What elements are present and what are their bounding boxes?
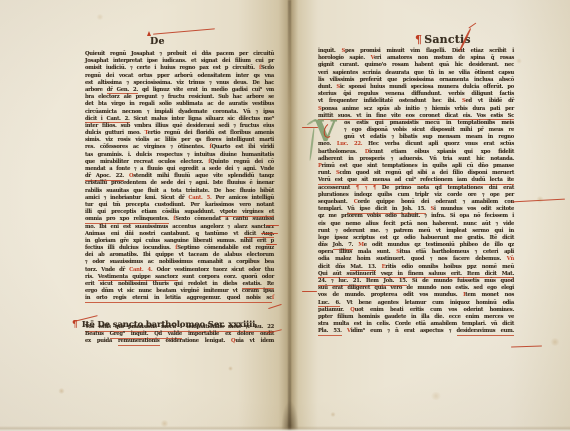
text-line: dicit i Cant. 2. Sicut malus inter ligna… bbox=[85, 116, 274, 123]
right-text-column: inquit. Spes promisi minuit vim flagelli… bbox=[318, 48, 514, 336]
text-line: Luc. 6. Vt bene agentes letamur cum iniq… bbox=[318, 300, 514, 307]
text-line: circūamicta necnon ⁊ impiali dyademate c… bbox=[85, 109, 274, 116]
text-line: bartholomeus. Dicunt etiam oibus xpianis… bbox=[318, 149, 514, 156]
text-line: gignit curant. quimo'o rosam habent quā … bbox=[318, 62, 514, 69]
book-photo: De ¶Sanctis Quieuit regnū Josaphat ⁊ pre… bbox=[0, 0, 570, 431]
text-line: vos de mundo. propterea odit vos mundus.… bbox=[318, 292, 514, 299]
text-line: adherent in prosperis ⁊ aduersis. Vn̄ tr… bbox=[318, 156, 514, 163]
text-line: veri sapientes scrinia deaurata que tn̄ … bbox=[318, 70, 514, 77]
initial-paragraph: V os estis qui pmansistis mecū in tempta… bbox=[318, 120, 514, 142]
pilcrow-icon: ¶ bbox=[415, 33, 422, 46]
gutter-crease bbox=[288, 0, 291, 431]
text-line: vt frequenter infidelitatē ostendunt hec… bbox=[318, 98, 514, 105]
text-line: amici ⁊ inebriantur kmi. Sicut dr̄ Cant.… bbox=[85, 195, 274, 202]
text-line: odia maloz hoim sustinuert. quod ⁊ nos f… bbox=[318, 256, 514, 263]
text-line: Sponsa anime scz spūs ab initio ⁊ hiemis… bbox=[318, 106, 514, 113]
text-line: os estis qui pmansistis mecū in temptati… bbox=[344, 120, 514, 127]
text-line: runt ⁊ oderunt me. ⁊ patrem meū vt imple… bbox=[318, 228, 514, 235]
text-line: Qui aūt sustinuerit vsqz in finem saluus… bbox=[318, 271, 514, 278]
text-line: regnū dei vocat ortus pper arborū odensi… bbox=[85, 73, 274, 80]
text-line: lis vilissimis preferūt que pciosissima … bbox=[318, 77, 514, 84]
text-line: est altissima ⁊ speciosissima. viz trinu… bbox=[85, 80, 274, 87]
right-lines-rest: meo. Luc. 22. Hec verba dicunt apli quor… bbox=[318, 141, 514, 335]
right-lines-top: inquit. Spes promisi minuit vim flagelli… bbox=[318, 48, 514, 120]
text-line: plurationes indeqz quibs cum triplr viz … bbox=[318, 192, 514, 199]
text-line: accesserunt ¶ ⁊ ¶ De primo nota qd tempt… bbox=[318, 185, 514, 192]
text-line: meo. Luc. 22. Hec verba dicunt apli quor… bbox=[318, 141, 514, 148]
running-header-left-text: De bbox=[150, 36, 165, 47]
text-line: rabilis suauitas que fluit a tota trinit… bbox=[85, 188, 274, 195]
text-line: Pla. 53. Vidim⁹ eum ⁊ n̄ erat aspectus ⁊… bbox=[318, 328, 514, 335]
text-line: dicit dn̄s Mat. 13. Eritis odio omnibs h… bbox=[318, 264, 514, 271]
text-line: eis que nemo alius fecit pctā non habere… bbox=[318, 221, 514, 228]
text-line: Animas eni dn̄i nostri cantabunt. q tant… bbox=[85, 231, 274, 238]
text-line: que mirabiliter recreat oculos electorz.… bbox=[85, 159, 274, 166]
left-footer-lines: Vos estis qui pmansistis mecū i temptati… bbox=[85, 324, 274, 346]
text-line: ris. Vestimenta quippe sanctorz sunt cor… bbox=[85, 274, 274, 281]
text-line: tas graminis. i. dulcis respectus ⁊ intu… bbox=[85, 152, 274, 159]
left-text-column: Quieuit regnū Josaphat ⁊ prebuit ei dñs … bbox=[85, 51, 274, 310]
text-line: ⁊ odor suauissimus ac nobilissimus emana… bbox=[85, 259, 274, 266]
text-line: qz me priorem vobis odio habuit. ⁊ infra… bbox=[318, 213, 514, 220]
text-line: omisit iudiciū. ⁊ certe i huius regno pa… bbox=[85, 65, 274, 72]
text-line: cristallū procedentem de sede dei ⁊ agni… bbox=[85, 180, 274, 187]
text-line: in orto regis eterni in letitia aggregem… bbox=[85, 295, 274, 302]
text-line: gnū vt edatis ⁊ bibatis sup mensam meam … bbox=[344, 134, 514, 141]
text-line: torz. Vnde dr̄ Cant. 4. Odor vestimentor… bbox=[85, 267, 274, 274]
text-line: ex puida remunerationis ōsideratione len… bbox=[85, 338, 274, 345]
text-line: in gloriam gr̄e xpi cuius sanguine liber… bbox=[85, 238, 274, 245]
text-line: patiamur. Quot enim beati eritis cum vos… bbox=[318, 307, 514, 314]
text-line: res. cōfessores ac virgines ⁊ ōtinentes.… bbox=[85, 144, 274, 151]
running-header-left: De bbox=[150, 36, 165, 47]
page-bottom-edge bbox=[0, 426, 570, 431]
text-line: mittit suos. vt in fine vite eos coronet… bbox=[318, 113, 514, 120]
text-line bbox=[85, 303, 274, 310]
text-line: det bta virgo in regali solio sublimata … bbox=[85, 101, 274, 108]
text-line: inter filios. sub vmbra illius quē desid… bbox=[85, 123, 274, 130]
text-line: Verū est que sit mensa ad cui⁹ refection… bbox=[318, 177, 514, 184]
initial-paragraph-lines: os estis qui pmansistis mecū in temptati… bbox=[344, 120, 514, 142]
text-line: mo. Ibi eni est suauissimus accentus ang… bbox=[85, 224, 274, 231]
text-line: omnia pro xpo relinquentes. ſSexto cōmen… bbox=[85, 216, 274, 223]
